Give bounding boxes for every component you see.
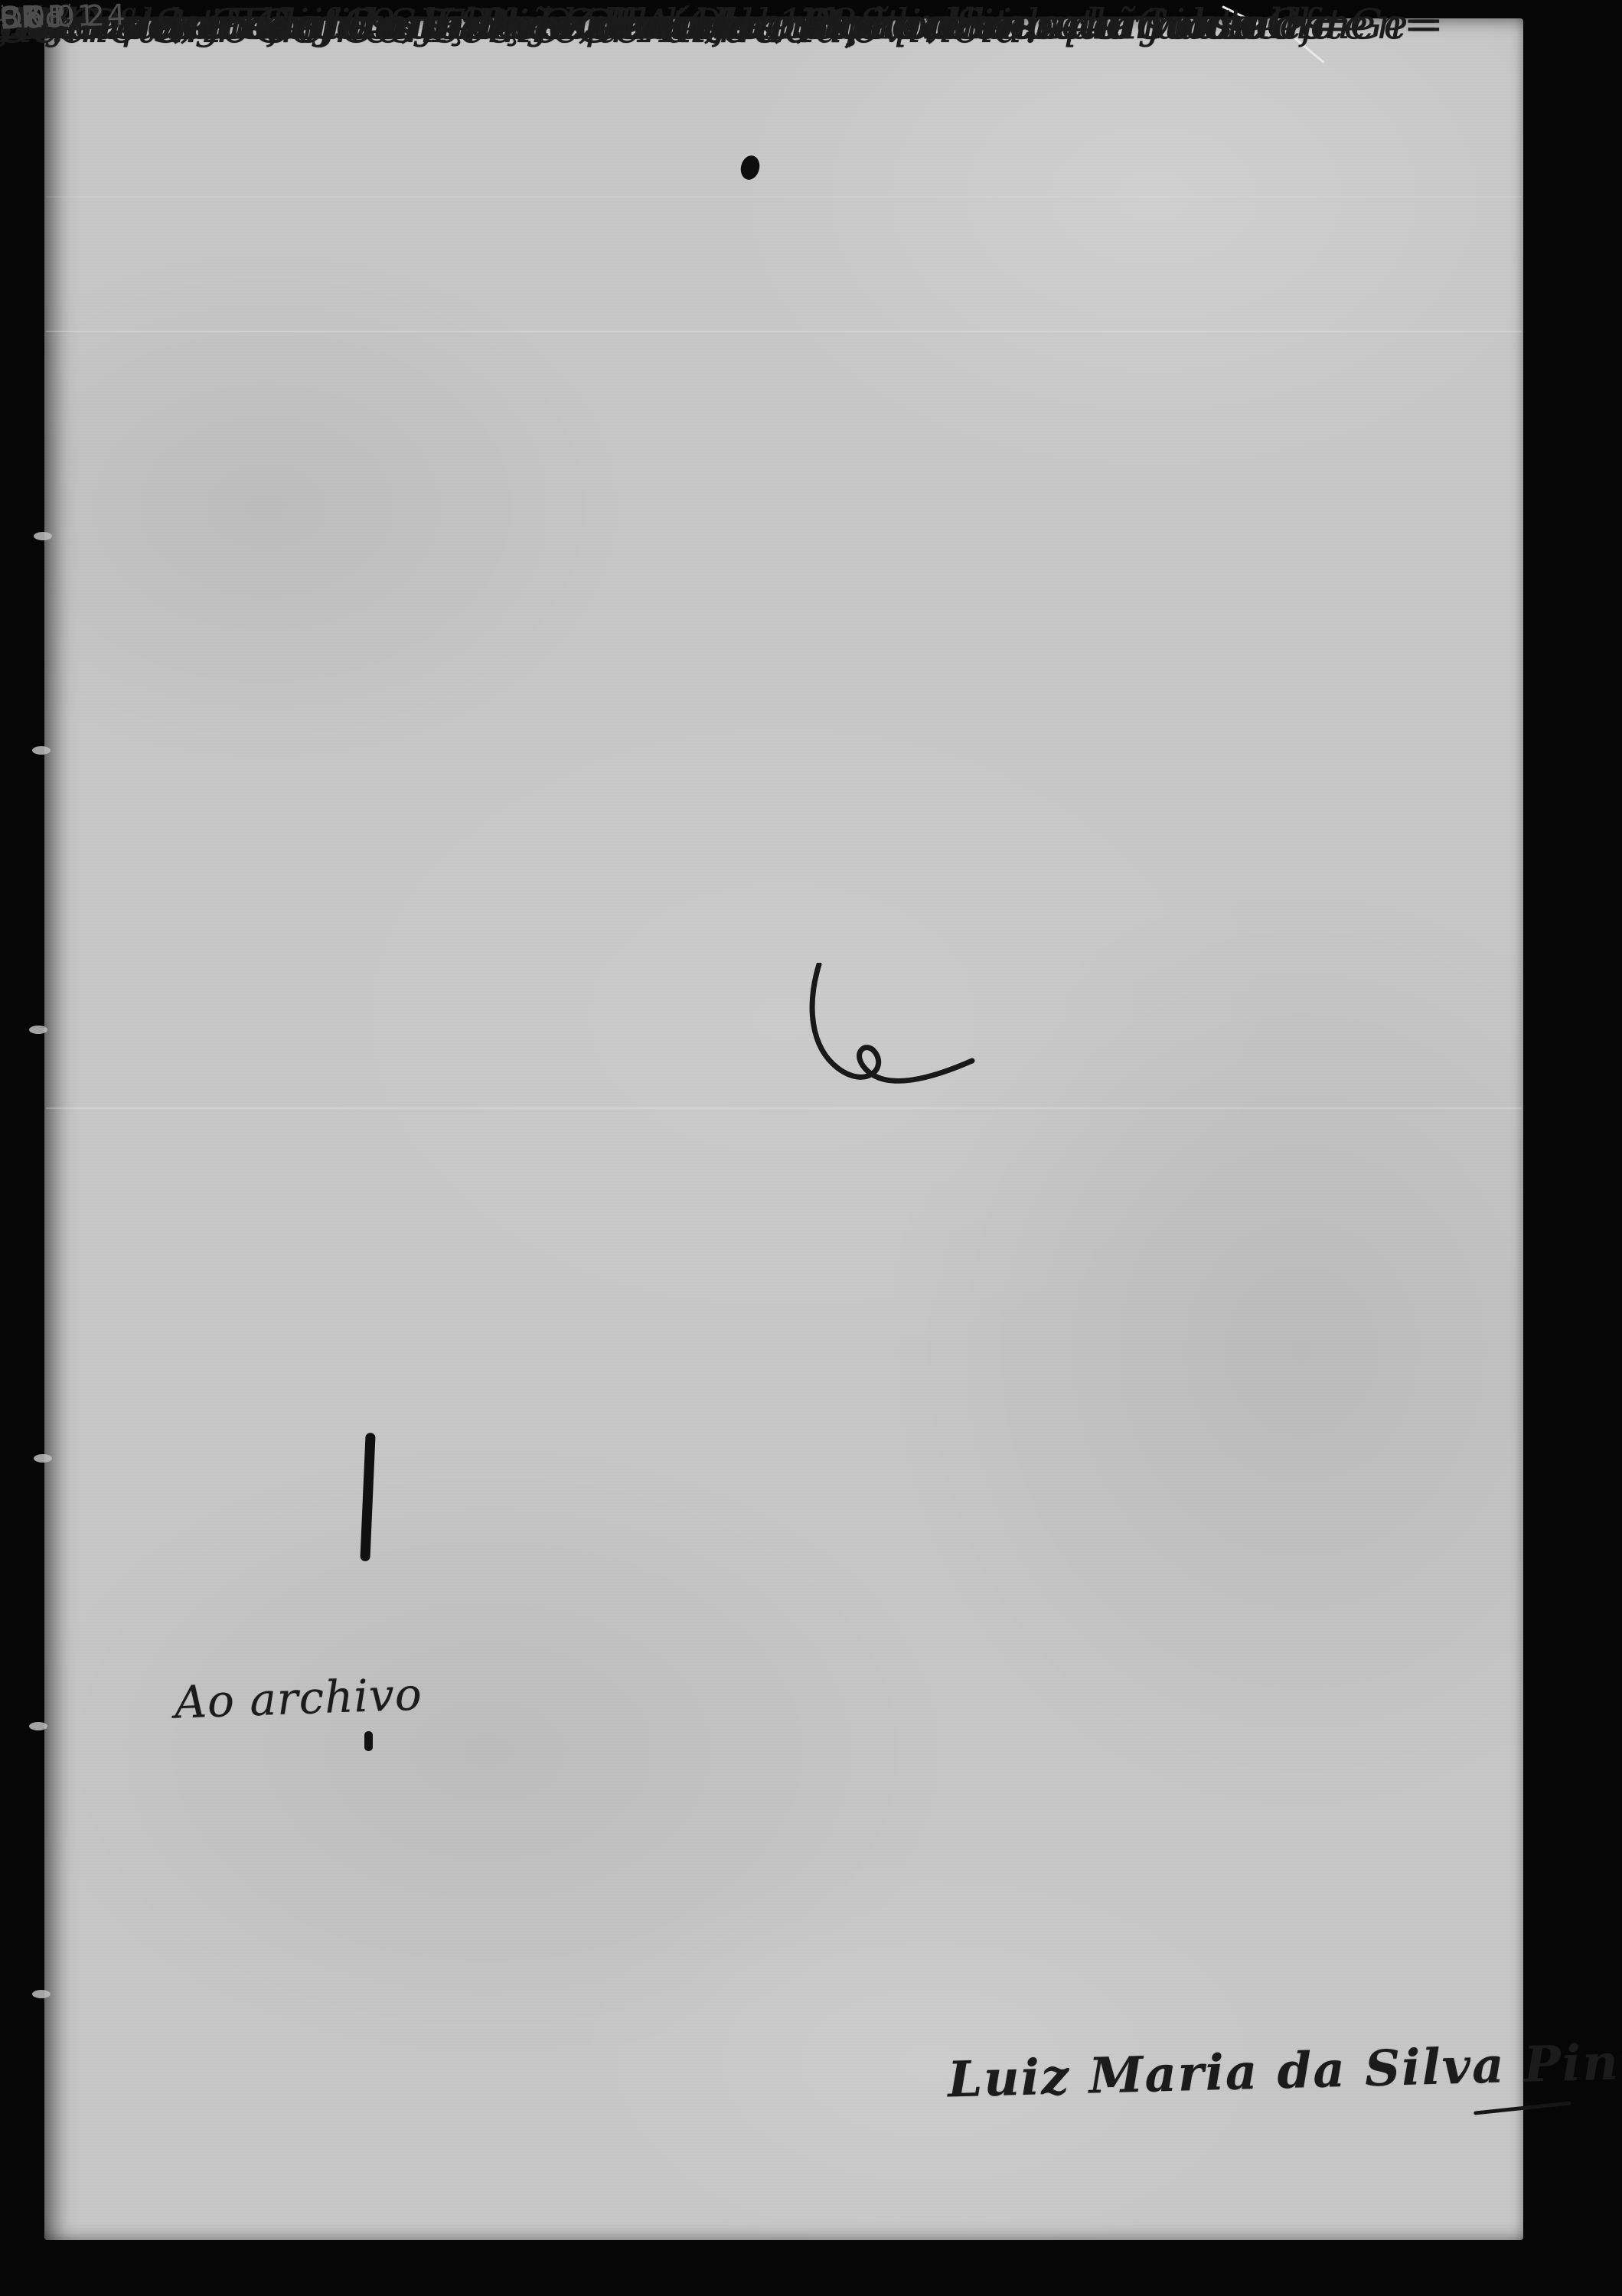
paper-edge-nick <box>34 532 52 540</box>
addressee-line: Secretario do Conselho Gerál da Provinci… <box>0 0 1101 54</box>
fold-line <box>46 196 1522 197</box>
paper-edge-nick <box>32 746 51 755</box>
paper-edge-nick <box>32 1990 51 1998</box>
date-flourish <box>796 963 995 1108</box>
fold-line <box>46 331 1522 332</box>
paper-edge-nick <box>34 1454 52 1463</box>
archive-note: Ao archivo <box>174 1668 423 1728</box>
paper-edge-nick <box>29 1026 47 1034</box>
paper-edge-nick <box>29 1722 47 1730</box>
fold-line <box>46 1107 1522 1109</box>
archive-mark: Doc. 24 <box>0 0 129 36</box>
ink-blot <box>364 1731 373 1751</box>
scan-frame: O Ill.mo, e Ex.mo Snr Presidente, tendo … <box>0 0 1622 2296</box>
paper-sheet <box>44 18 1523 2240</box>
